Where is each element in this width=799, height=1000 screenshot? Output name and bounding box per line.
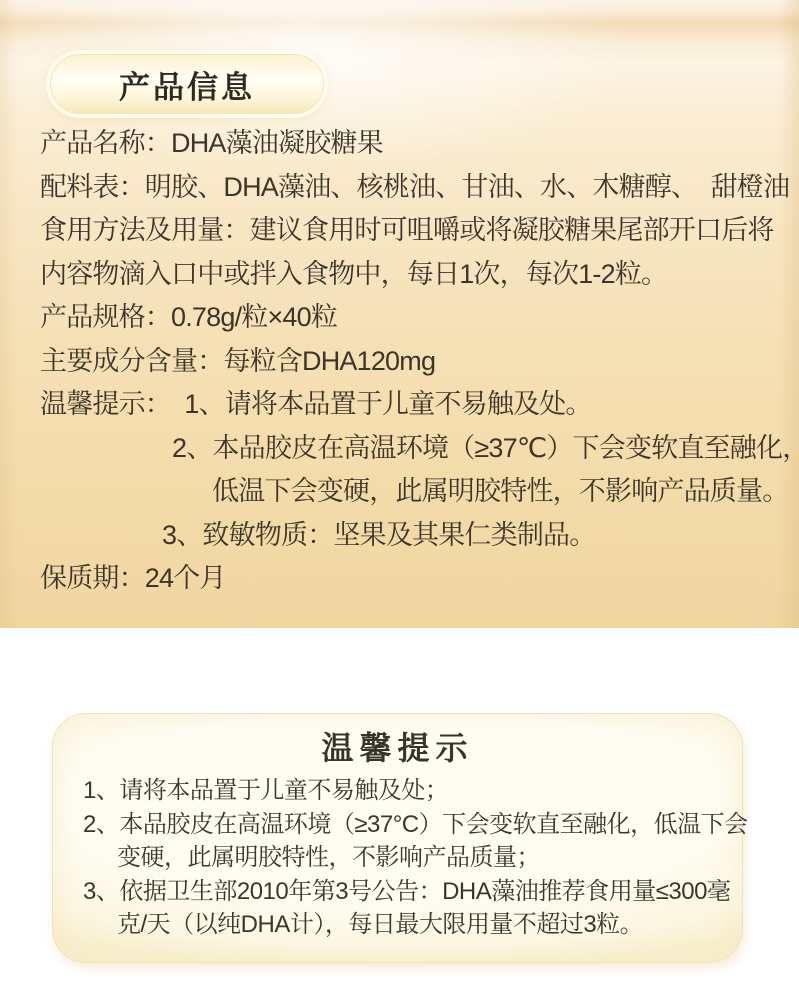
product-info-line: 温馨提示： 1、请将本品置于儿童不易触及处。: [40, 383, 776, 427]
tip-line: 1、请将本品置于儿童不易触及处；: [83, 774, 742, 808]
product-info-line: 产品名称：DHA藻油凝胶糖果: [40, 122, 776, 166]
tip-line: 变硬，此属明胶特性，不影响产品质量；: [83, 841, 742, 875]
tip-line: 克/天（以纯DHA计），每日最大限用量不超过3粒。: [83, 908, 742, 942]
tips-card: 温馨提示 1、请将本品置于儿童不易触及处；2、本品胶皮在高温环境（≥37°C）下…: [52, 713, 743, 963]
product-info-line: 3、致敏物质：坚果及其果仁类制品。: [40, 514, 776, 558]
tip-line: 3、依据卫生部2010年第3号公告：DHA藻油推荐食用量≤300毫: [83, 875, 742, 909]
product-info-line: 产品规格：0.78g/粒×40粒: [40, 296, 776, 340]
product-info-text-block: 产品名称：DHA藻油凝胶糖果配料表：明胶、DHA藻油、核桃油、甘油、水、木糖醇、…: [40, 122, 776, 601]
product-info-line: 配料表：明胶、DHA藻油、核桃油、甘油、水、木糖醇、 甜橙油: [40, 166, 776, 210]
tips-list: 1、请将本品置于儿童不易触及处；2、本品胶皮在高温环境（≥37°C）下会变软直至…: [53, 774, 742, 942]
product-info-line: 主要成分含量：每粒含DHA120mg: [40, 340, 776, 384]
product-info-line: 2、本品胶皮在高温环境（≥37℃）下会变软直至融化，: [40, 427, 776, 471]
product-info-line: 低温下会变硬，此属明胶特性，不影响产品质量。: [40, 470, 776, 514]
product-info-section: 产品信息 产品名称：DHA藻油凝胶糖果配料表：明胶、DHA藻油、核桃油、甘油、水…: [0, 0, 799, 628]
product-info-line: 内容物滴入口中或拌入食物中，每日1次，每次1-2粒。: [40, 253, 776, 297]
product-info-line: 食用方法及用量：建议食用时可咀嚼或将凝胶糖果尾部开口后将: [40, 209, 776, 253]
product-info-badge: 产品信息: [50, 54, 324, 114]
tip-line: 2、本品胶皮在高温环境（≥37°C）下会变软直至融化，低温下会: [83, 808, 742, 842]
tips-card-title: 温馨提示: [53, 728, 742, 768]
product-info-line: 保质期：24个月: [40, 557, 776, 601]
product-info-badge-label: 产品信息: [119, 62, 255, 107]
